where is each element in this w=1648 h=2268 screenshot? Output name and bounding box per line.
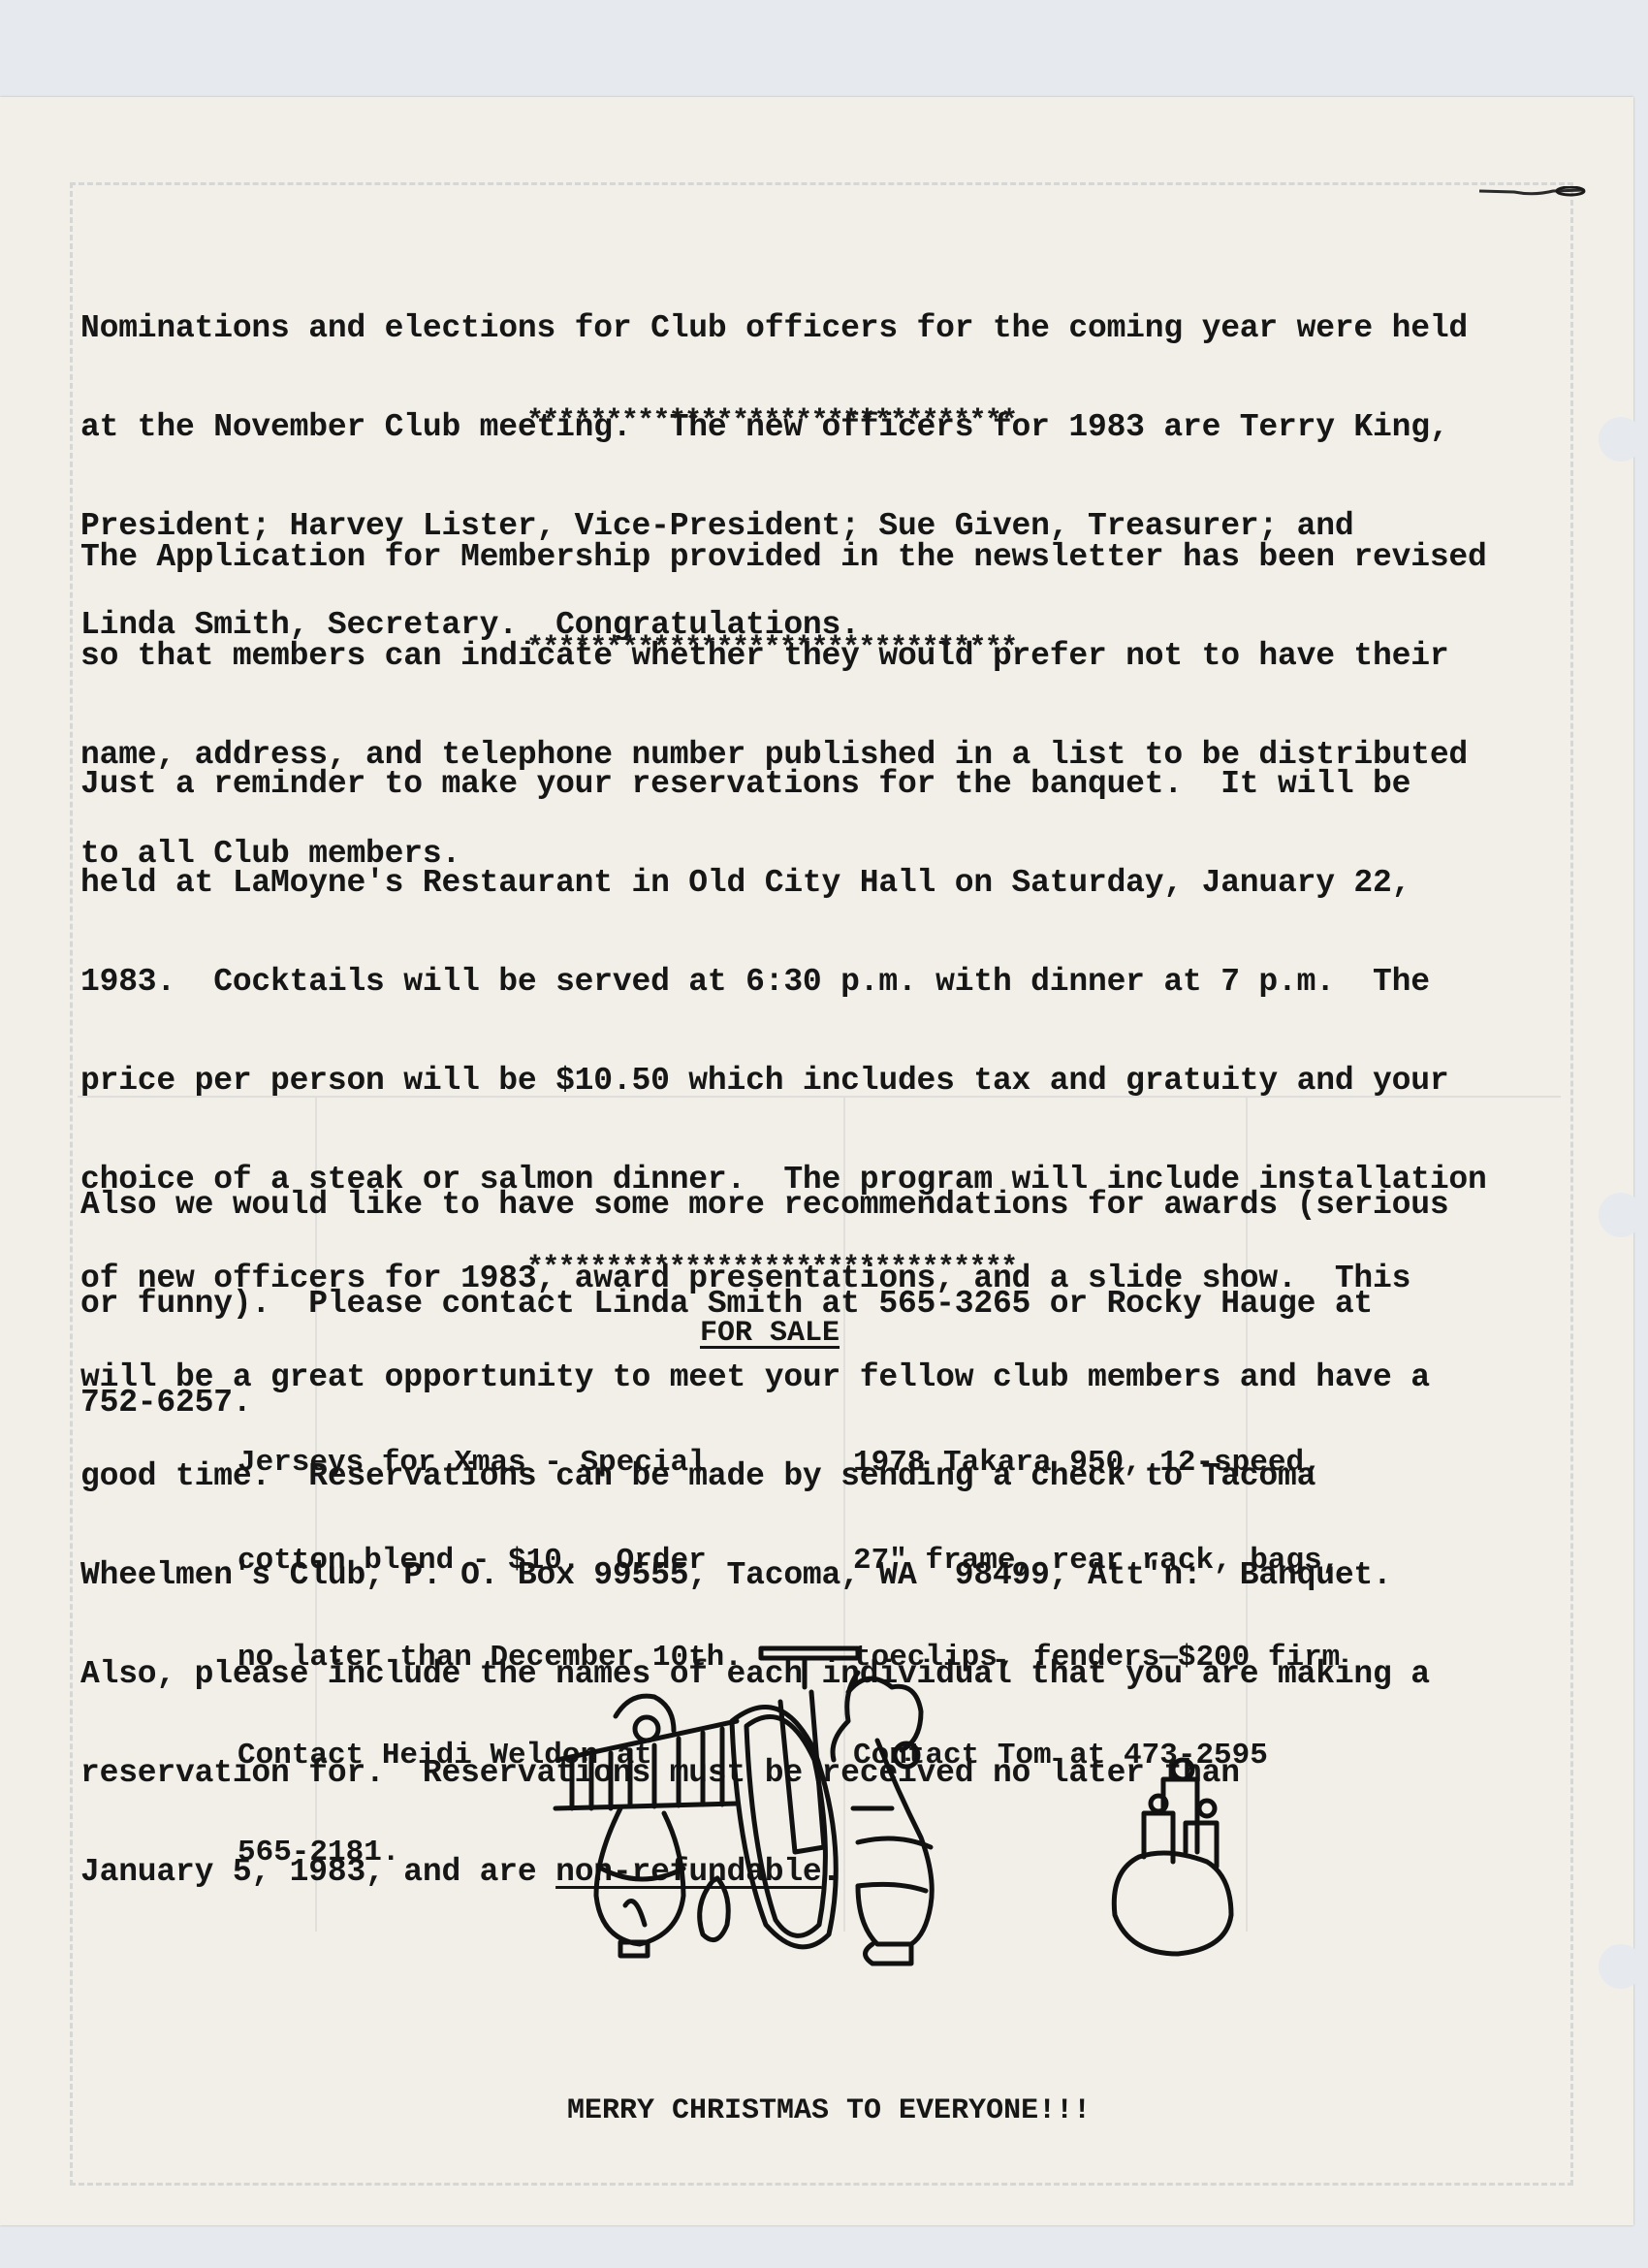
text-line: Just a reminder to make your reservation… <box>80 768 1487 801</box>
text-line: cotton blend - $10. Order <box>238 1545 743 1578</box>
text-line: The Application for Membership provided … <box>80 541 1487 574</box>
punch-hole <box>1599 417 1643 462</box>
text-line: Also we would like to have some more rec… <box>80 1189 1448 1222</box>
elf-with-ladder-icon <box>555 1696 737 1956</box>
text-line: Nominations and elections for Club offic… <box>80 312 1468 345</box>
text-line: held at LaMoyne's Restaurant in Old City… <box>80 867 1487 900</box>
text-line: price per person will be $10.50 which in… <box>80 1065 1487 1098</box>
santa-bicycle-illustration <box>538 1614 1246 1973</box>
text-line: Jerseys for Xmas - Special <box>238 1447 743 1480</box>
separator: ******************************* <box>526 632 1016 665</box>
text-line: 1978 Takara 950, 12-speed, <box>853 1447 1340 1480</box>
staple-icon <box>1475 186 1590 198</box>
punch-hole <box>1599 1193 1643 1237</box>
text-line: 27" frame, rear rack, bags, <box>853 1545 1340 1578</box>
punch-hole <box>1599 1944 1643 1989</box>
santa-claus-icon <box>833 1673 932 1964</box>
text-line: or funny). Please contact Linda Smith at… <box>80 1288 1448 1321</box>
separator: ******************************* <box>526 405 1016 438</box>
separator: ******************************* <box>526 1252 1016 1285</box>
text-line: 1983. Cocktails will be served at 6:30 p… <box>80 966 1487 999</box>
closing-greeting: MERRY CHRISTMAS TO EVERYONE!!! <box>567 2094 1091 2127</box>
for-sale-heading: FOR SALE <box>700 1317 840 1350</box>
gift-sack-icon <box>1114 1760 1231 1954</box>
